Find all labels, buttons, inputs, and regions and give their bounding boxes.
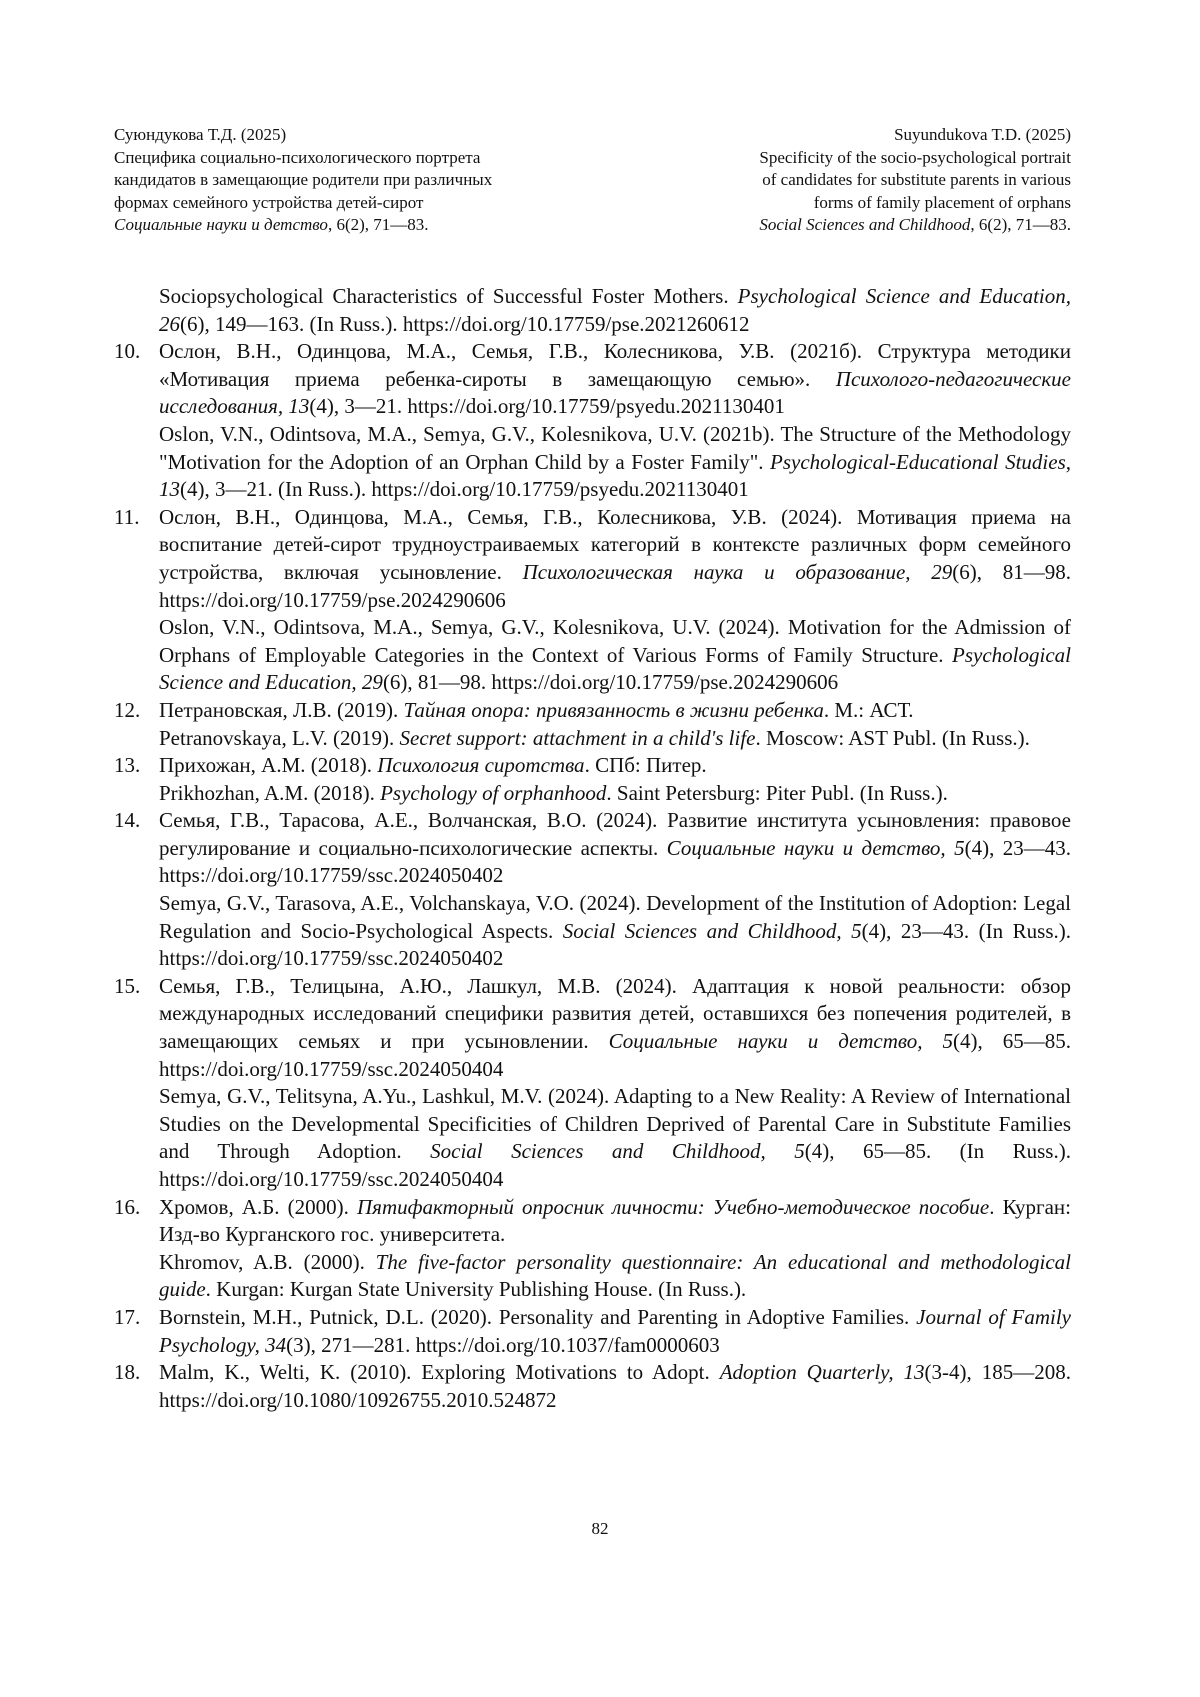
reference-segment: . Saint Petersburg: Piter Publ. (In Russ… [606,781,947,805]
reference-text: Malm, K., Welti, K. (2010). Exploring Mo… [159,1359,1071,1414]
reference-source-italic: Социальные науки и детство, 5 [667,836,965,860]
reference-source-italic: Social Sciences and Childhood, 5 [563,919,862,943]
reference-source-italic: Тайная опора: привязанность в жизни ребе… [403,698,823,722]
reference-text: Петрановская, Л.В. (2019). Тайная опора:… [159,697,1071,725]
reference-source-italic: Secret support: attachment in a child's … [400,726,756,750]
reference-translation: Oslon, V.N., Odintsova, M.A., Semya, G.V… [159,421,1071,504]
header-title-en-line: Specificity of the socio-psychological p… [591,147,1071,170]
reference-number: 16. [114,1194,140,1222]
reference-translation: Semya, G.V., Telitsyna, A.Yu., Lashkul, … [159,1083,1071,1193]
reference-text: Хромов, А.Б. (2000). Пятифакторный опрос… [159,1194,1071,1249]
reference-number: 14. [114,807,140,835]
reference-text: Семья, Г.В., Телицына, А.Ю., Лашкул, М.В… [159,973,1071,1083]
reference-segment: Prikhozhan, A.M. (2018). [159,781,380,805]
reference-list: Sociopsychological Characteristics of Su… [114,283,1071,1414]
reference-segment[interactable]: (4), 3—21. (In Russ.). https://doi.org/1… [180,477,749,501]
reference-source-italic: Психология сиротства [377,753,584,777]
reference-translation: Oslon, V.N., Odintsova, M.A., Semya, G.V… [159,614,1071,697]
reference-segment[interactable]: (3), 271—281. https://doi.org/10.1037/fa… [286,1333,720,1357]
reference-text: Ослон, В.Н., Одинцова, М.А., Семья, Г.В.… [159,338,1071,421]
reference-segment: Bornstein, M.H., Putnick, D.L. (2020). P… [159,1305,916,1329]
header-author-en: Suyundukova T.D. (2025) [591,124,1071,147]
header-journal-ru: Социальные науки и детство, 6(2), 71—83. [114,214,594,237]
reference-segment: Petranovskaya, L.V. (2019). [159,726,400,750]
header-title-ru-line: формах семейного устройства детей-сирот [114,192,594,215]
reference-number: 17. [114,1304,140,1332]
reference-source-italic: Social Sciences and Childhood, 5 [430,1139,805,1163]
journal-issue-en: , 6(2), 71—83. [970,215,1071,234]
reference-number: 11. [114,504,139,532]
reference-segment: . СПб: Питер. [585,753,707,777]
journal-name-en: Social Sciences and Childhood [759,215,970,234]
header-title-ru-line: Специфика социально-психологического пор… [114,147,594,170]
reference-text: Sociopsychological Characteristics of Su… [159,283,1071,338]
reference-segment: Malm, K., Welti, K. (2010). Exploring Mo… [159,1360,720,1384]
reference-number: 18. [114,1359,140,1387]
reference-segment: . Moscow: AST Publ. (In Russ.). [756,726,1030,750]
reference-item: 10.Ослон, В.Н., Одинцова, М.А., Семья, Г… [114,338,1071,504]
reference-text: Семья, Г.В., Тарасова, А.Е., Волчанская,… [159,807,1071,890]
reference-item: Sociopsychological Characteristics of Su… [114,283,1071,338]
reference-segment: . М.: АСТ. [824,698,914,722]
reference-item: 14.Семья, Г.В., Тарасова, А.Е., Волчанск… [114,807,1071,973]
reference-translation: Khromov, A.B. (2000). The five-factor pe… [159,1249,1071,1304]
journal-issue-ru: , 6(2), 71—83. [328,215,429,234]
reference-item: 18.Malm, K., Welti, K. (2010). Exploring… [114,1359,1071,1414]
reference-source-italic: Пятифакторный опросник личности: Учебно-… [357,1195,989,1219]
header-title-en-line: of candidates for substitute parents in … [591,169,1071,192]
reference-text: Ослон, В.Н., Одинцова, М.А., Семья, Г.В.… [159,504,1071,614]
reference-source-italic: Psychology of orphanhood [380,781,606,805]
reference-text: Bornstein, M.H., Putnick, D.L. (2020). P… [159,1304,1071,1359]
journal-name-ru: Социальные науки и детство [114,215,328,234]
reference-translation: Prikhozhan, A.M. (2018). Psychology of o… [159,780,1071,808]
header-russian: Суюндукова Т.Д. (2025) Специфика социаль… [114,124,594,237]
reference-item: 12.Петрановская, Л.В. (2019). Тайная опо… [114,697,1071,752]
page-number: 82 [0,1519,1200,1539]
reference-item: 15.Семья, Г.В., Телицына, А.Ю., Лашкул, … [114,973,1071,1194]
reference-segment: Khromov, A.B. (2000). [159,1250,376,1274]
reference-number: 15. [114,973,140,1001]
reference-segment: . Kurgan: Kurgan State University Publis… [206,1277,747,1301]
reference-number: 12. [114,697,140,725]
reference-source-italic: Психологическая наука и образование, 29 [523,560,953,584]
reference-segment[interactable]: (6), 149—163. (In Russ.). https://doi.or… [180,312,750,336]
reference-translation: Petranovskaya, L.V. (2019). Secret suppo… [159,725,1071,753]
reference-text: Прихожан, А.М. (2018). Психология сиротс… [159,752,1071,780]
reference-segment: Хромов, А.Б. (2000). [159,1195,357,1219]
reference-item: 16.Хромов, А.Б. (2000). Пятифакторный оп… [114,1194,1071,1304]
header-english: Suyundukova T.D. (2025) Specificity of t… [591,124,1071,237]
reference-segment: Sociopsychological Characteristics of Su… [159,284,738,308]
reference-source-italic: Социальные науки и детство, 5 [609,1029,953,1053]
reference-segment[interactable]: (4), 3—21. https://doi.org/10.17759/psye… [309,394,784,418]
reference-translation: Semya, G.V., Tarasova, A.E., Volchanskay… [159,890,1071,973]
reference-source-italic: Adoption Quarterly, 13 [720,1360,925,1384]
reference-item: 17.Bornstein, M.H., Putnick, D.L. (2020)… [114,1304,1071,1359]
reference-segment[interactable]: (6), 81—98. https://doi.org/10.17759/pse… [383,670,838,694]
reference-number: 10. [114,338,140,366]
header-title-en-line: forms of family placement of orphans [591,192,1071,215]
reference-segment: Oslon, V.N., Odintsova, M.A., Semya, G.V… [159,615,1071,667]
header-journal-en: Social Sciences and Childhood, 6(2), 71—… [591,214,1071,237]
reference-number: 13. [114,752,140,780]
reference-item: 13.Прихожан, А.М. (2018). Психология сир… [114,752,1071,807]
header-author-ru: Суюндукова Т.Д. (2025) [114,124,594,147]
reference-item: 11.Ослон, В.Н., Одинцова, М.А., Семья, Г… [114,504,1071,697]
header-title-ru-line: кандидатов в замещающие родители при раз… [114,169,594,192]
reference-segment: Прихожан, А.М. (2018). [159,753,377,777]
reference-segment: Петрановская, Л.В. (2019). [159,698,403,722]
